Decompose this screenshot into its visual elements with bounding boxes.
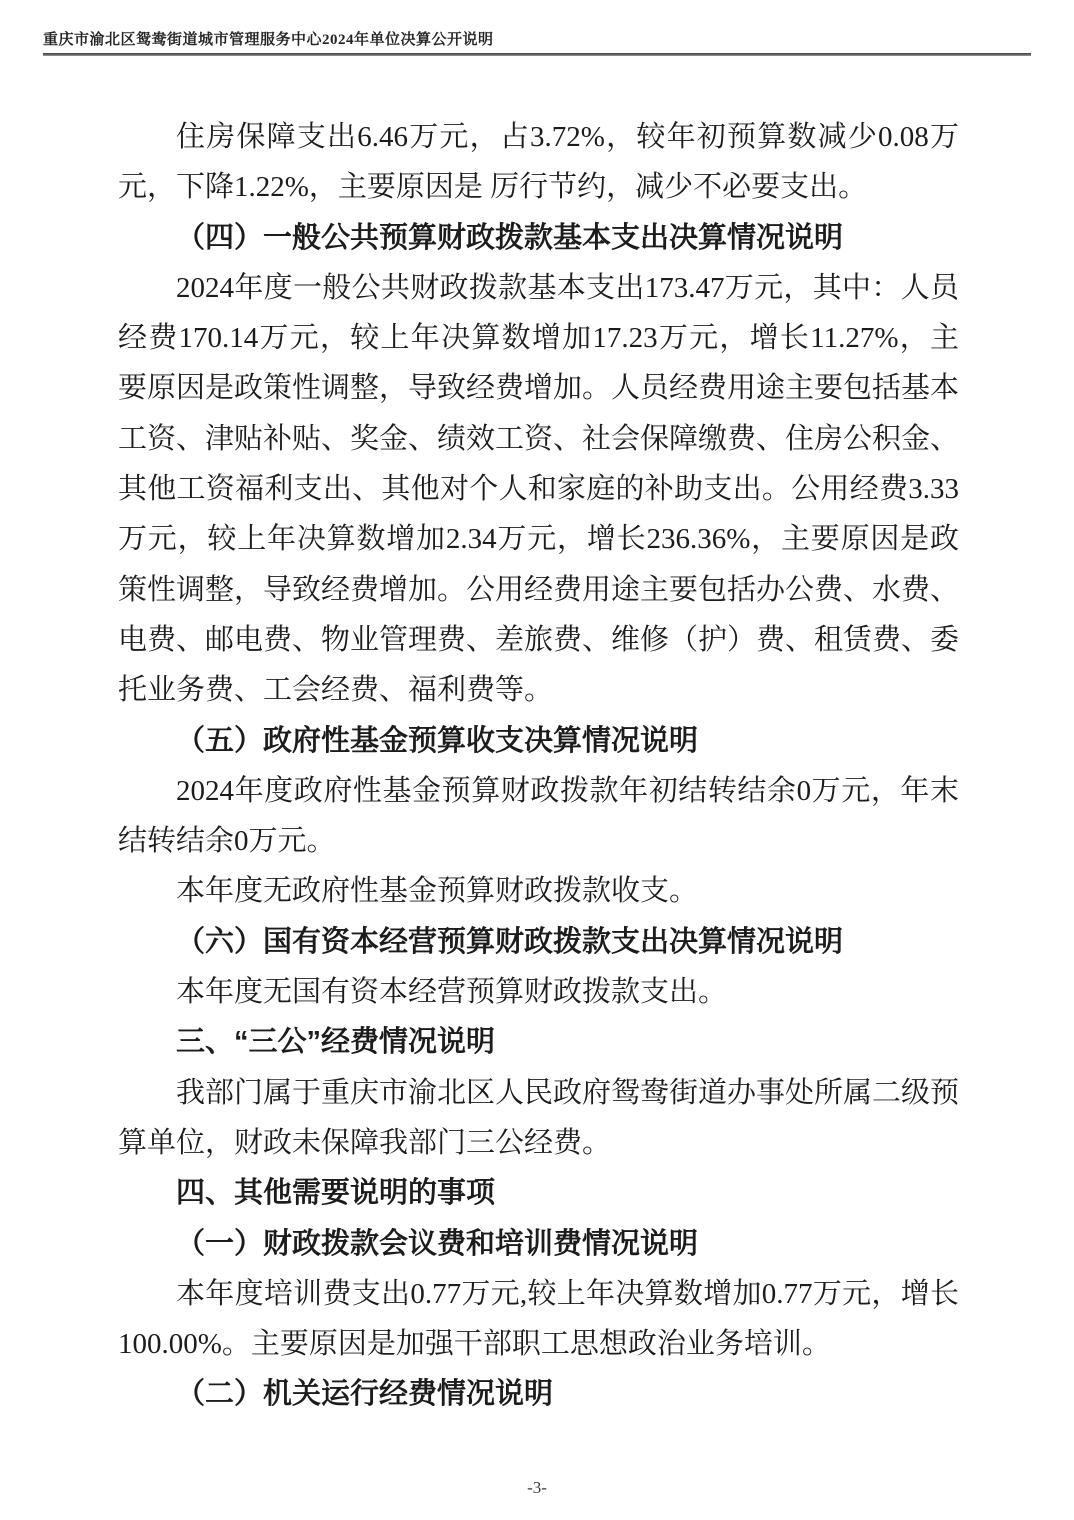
sub-section-heading: （六）国有资本经营预算财政拨款支出决算情况说明 xyxy=(118,917,959,967)
sub-section-heading: （二）机关运行经费情况说明 xyxy=(118,1369,959,1419)
paragraph: 本年度无国有资本经营预算财政拨款支出。 xyxy=(118,967,959,1017)
paragraph: 我部门属于重庆市渝北区人民政府鸳鸯街道办事处所属二级预算单位，财政未保障我部门三… xyxy=(118,1068,959,1169)
section-heading: 三、“三公”经费情况说明 xyxy=(118,1017,959,1067)
header-rule-divider xyxy=(43,53,1031,56)
paragraph: 本年度培训费支出0.77万元,较上年决算数增加0.77万元，增长100.00%。… xyxy=(118,1269,959,1370)
document-page: 重庆市渝北区鸳鸯街道城市管理服务中心2024年单位决算公开说明 住房保障支出6.… xyxy=(0,0,1074,1520)
sub-section-heading: （四）一般公共预算财政拨款基本支出决算情况说明 xyxy=(118,213,959,263)
paragraph: 本年度无政府性基金预算财政拨款收支。 xyxy=(118,866,959,916)
paragraph: 住房保障支出6.46万元，占3.72%，较年初预算数减少0.08万元，下降1.2… xyxy=(118,112,959,213)
sub-section-heading: （五）政府性基金预算收支决算情况说明 xyxy=(118,716,959,766)
paragraph: 2024年度政府性基金预算财政拨款年初结转结余0万元，年末结转结余0万元。 xyxy=(118,766,959,867)
document-body: 住房保障支出6.46万元，占3.72%，较年初预算数减少0.08万元，下降1.2… xyxy=(118,112,959,1420)
section-heading: 四、其他需要说明的事项 xyxy=(118,1168,959,1218)
paragraph: 2024年度一般公共财政拨款基本支出173.47万元，其中：人员经费170.14… xyxy=(118,263,959,716)
document-header-title: 重庆市渝北区鸳鸯街道城市管理服务中心2024年单位决算公开说明 xyxy=(43,28,1031,49)
page-number: -3- xyxy=(0,1478,1074,1498)
sub-section-heading: （一）财政拨款会议费和培训费情况说明 xyxy=(118,1219,959,1269)
